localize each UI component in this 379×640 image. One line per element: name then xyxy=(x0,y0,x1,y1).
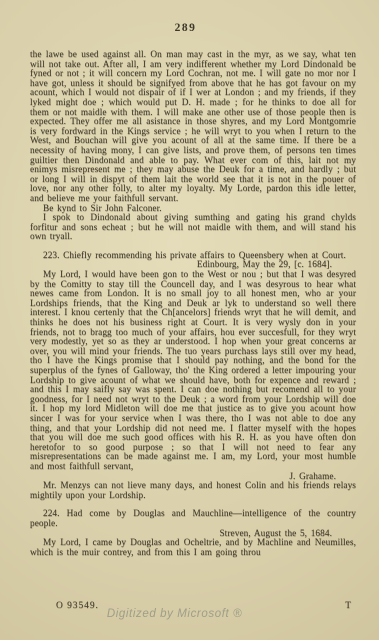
letter-223-postscript: Mr. Menzys can not lieve many days, and … xyxy=(30,481,356,500)
page-number: 289 xyxy=(0,22,371,34)
paragraph-dindonald-note: I spok to Dindonald about giving sumthin… xyxy=(30,213,356,242)
microsoft-digitization-watermark: Digitized by Microsoft ® xyxy=(0,608,349,620)
paragraph-continuation: the lawe be used against all. On man may… xyxy=(30,50,356,204)
letter-223-body: My Lord, I would have been gon to the We… xyxy=(30,270,356,471)
letter-224-heading: 224. Had come by Douglas and Mauchline—i… xyxy=(30,509,356,528)
letter-224-body: My Lord, I came by Douglas and Ocheltrie… xyxy=(30,538,356,557)
text-block: the lawe be used against all. On man may… xyxy=(30,50,356,557)
book-page: 289 the lawe be used against all. On man… xyxy=(0,0,379,640)
